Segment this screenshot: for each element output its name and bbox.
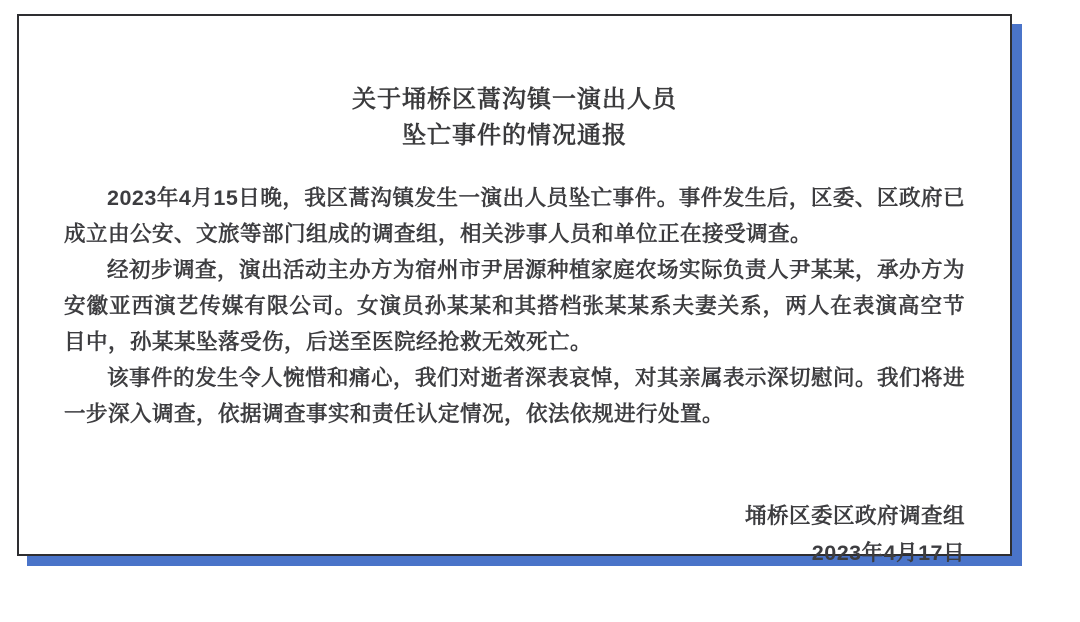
signature-org: 埇桥区委区政府调查组 — [64, 498, 965, 535]
notice-card: 关于埇桥区蒿沟镇一演出人员 坠亡事件的情况通报 2023年4月15日晚，我区蒿沟… — [17, 14, 1012, 556]
signature-date: 2023年4月17日 — [64, 535, 965, 572]
page-background: 关于埇桥区蒿沟镇一演出人员 坠亡事件的情况通报 2023年4月15日晚，我区蒿沟… — [0, 0, 1080, 622]
notice-paragraph: 经初步调查，演出活动主办方为宿州市尹居源种植家庭农场实际负责人尹某某，承办方为安… — [64, 252, 965, 360]
notice-paragraph: 2023年4月15日晚，我区蒿沟镇发生一演出人员坠亡事件。事件发生后，区委、区政… — [64, 180, 965, 252]
notice-title: 关于埇桥区蒿沟镇一演出人员 坠亡事件的情况通报 — [64, 82, 965, 154]
signature-block: 埇桥区委区政府调查组 2023年4月17日 — [64, 498, 965, 572]
notice-paragraph: 该事件的发生令人惋惜和痛心，我们对逝者深表哀悼，对其亲属表示深切慰问。我们将进一… — [64, 360, 965, 432]
notice-title-line-1: 关于埇桥区蒿沟镇一演出人员 — [64, 82, 965, 118]
notice-body: 2023年4月15日晚，我区蒿沟镇发生一演出人员坠亡事件。事件发生后，区委、区政… — [64, 180, 965, 432]
notice-title-line-2: 坠亡事件的情况通报 — [64, 118, 965, 154]
